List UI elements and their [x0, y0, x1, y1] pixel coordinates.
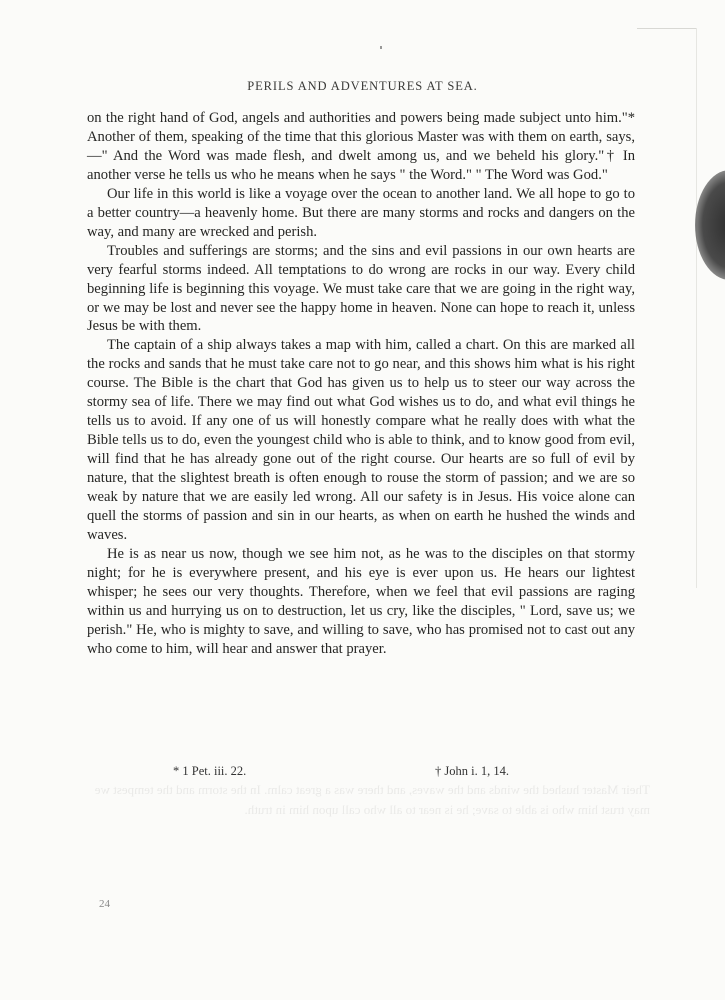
thumb-shadow-blot	[695, 170, 725, 280]
book-page: PERILS AND ADVENTURES AT SEA. on the rig…	[0, 0, 725, 1000]
paragraph-2: Our life in this world is like a voyage …	[87, 185, 635, 242]
body-text: on the right hand of God, angels and aut…	[87, 109, 635, 659]
paragraph-5: He is as near us now, though we see him …	[87, 545, 635, 659]
facing-page-frame-edge-vertical	[696, 28, 697, 588]
paragraph-1: on the right hand of God, angels and aut…	[87, 109, 635, 185]
footnote-1: * 1 Pet. iii. 22.	[173, 764, 246, 779]
facing-page-frame-edge	[637, 28, 697, 29]
page-number: 24	[99, 898, 110, 910]
footnote-2: † John i. 1, 14.	[435, 764, 509, 779]
bleed-through-text: Their Master hushed the winds and the wa…	[90, 780, 650, 900]
paragraph-4: The captain of a ship always takes a map…	[87, 336, 635, 544]
ink-speck	[380, 46, 382, 49]
running-head: PERILS AND ADVENTURES AT SEA.	[0, 79, 725, 94]
paragraph-3: Troubles and sufferings are storms; and …	[87, 242, 635, 337]
